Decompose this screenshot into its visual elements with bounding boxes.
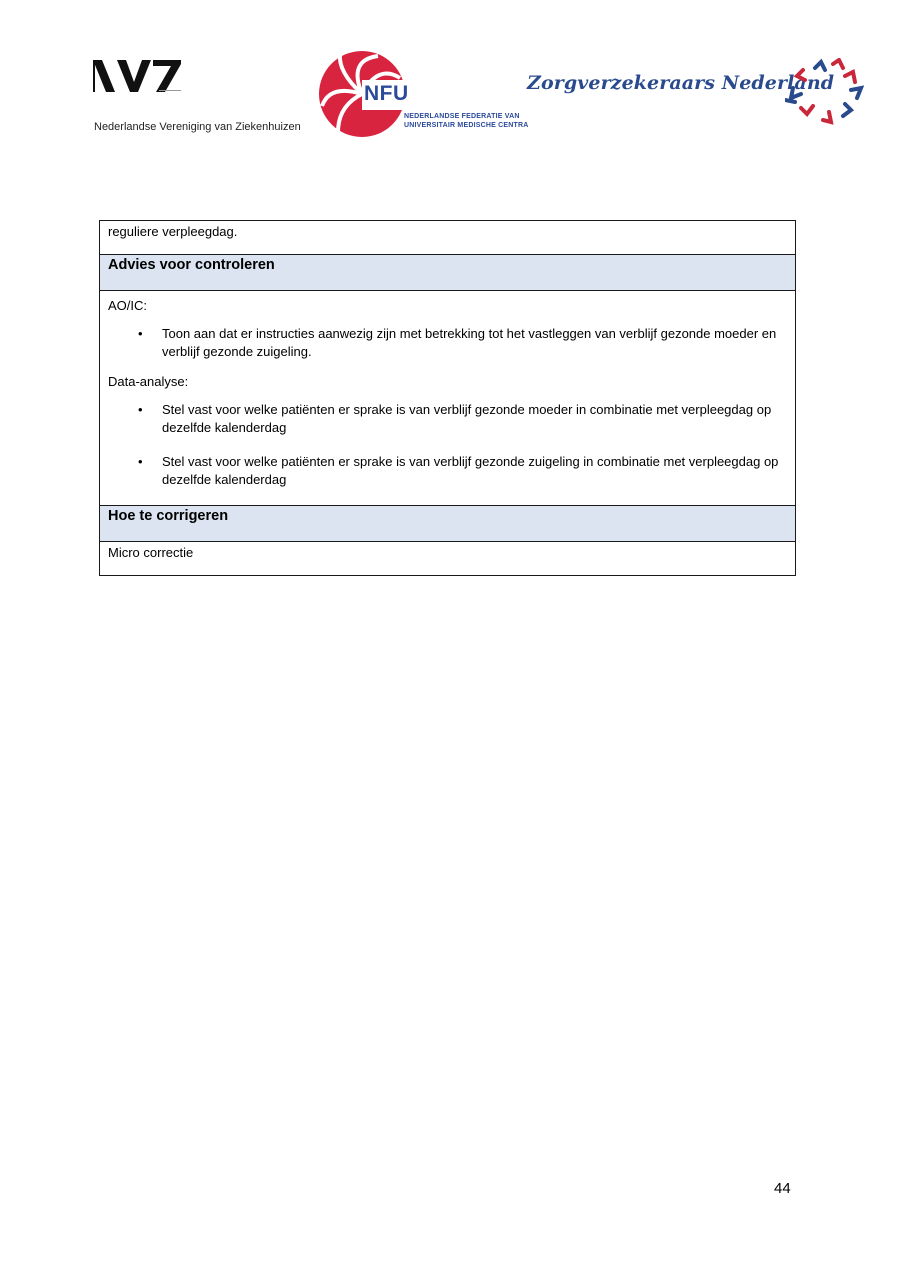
list-item: • Stel vast voor welke patiënten er spra… bbox=[108, 401, 787, 437]
aoic-bullet-list: • Toon aan dat er instructies aanwezig z… bbox=[108, 325, 787, 361]
correction-text: Micro correctie bbox=[108, 544, 787, 562]
list-item-text: Toon aan dat er instructies aanwezig zij… bbox=[162, 326, 776, 359]
nfu-logo-subtitle-line-1: NEDERLANDSE FEDERATIE VAN bbox=[404, 113, 520, 120]
table-row: AO/IC: • Toon aan dat er instructies aan… bbox=[100, 291, 796, 506]
table-cell: reguliere verpleegdag. bbox=[100, 221, 796, 255]
list-item-text: Stel vast voor welke patiënten er sprake… bbox=[162, 454, 778, 487]
bullet-icon: • bbox=[138, 325, 143, 343]
list-item-text: Stel vast voor welke patiënten er sprake… bbox=[162, 402, 771, 435]
page-number: 44 bbox=[774, 1180, 791, 1197]
zn-figures-icon bbox=[785, 58, 865, 126]
zn-logo: Zorgverzekeraars Nederland bbox=[527, 58, 867, 128]
table-cell: AO/IC: • Toon aan dat er instructies aan… bbox=[100, 291, 796, 506]
nvz-logo-subtitle: Nederlandse Vereniging van Ziekenhuizen bbox=[94, 121, 301, 133]
nfu-logo-subtitle-line-2: UNIVERSITAIR MEDISCHE CENTRA bbox=[404, 122, 528, 129]
bullet-icon: • bbox=[138, 401, 143, 419]
nfu-logo: NFU NEDERLANDSE FEDERATIE VAN UNIVERSITA… bbox=[318, 50, 528, 140]
list-item: • Toon aan dat er instructies aanwezig z… bbox=[108, 325, 787, 361]
nvz-logo-mark bbox=[93, 60, 185, 92]
data-analysis-bullet-list: • Stel vast voor welke patiënten er spra… bbox=[108, 401, 787, 489]
table-row: reguliere verpleegdag. bbox=[100, 221, 796, 255]
section-heading: Advies voor controleren bbox=[100, 255, 796, 291]
nvz-logo bbox=[93, 60, 185, 92]
table-header-row: Hoe te corrigeren bbox=[100, 506, 796, 542]
continuation-text: reguliere verpleegdag. bbox=[108, 223, 787, 241]
control-advice-table: reguliere verpleegdag. Advies voor contr… bbox=[99, 220, 796, 576]
table-header-row: Advies voor controleren bbox=[100, 255, 796, 291]
section-heading: Hoe te corrigeren bbox=[100, 506, 796, 542]
bullet-icon: • bbox=[138, 453, 143, 471]
table-cell: Micro correctie bbox=[100, 542, 796, 576]
aoic-label: AO/IC: bbox=[108, 297, 787, 315]
table-row: Micro correctie bbox=[100, 542, 796, 576]
list-item: • Stel vast voor welke patiënten er spra… bbox=[108, 453, 787, 489]
nfu-logo-text: NFU bbox=[364, 82, 409, 106]
data-analysis-label: Data-analyse: bbox=[108, 373, 787, 391]
